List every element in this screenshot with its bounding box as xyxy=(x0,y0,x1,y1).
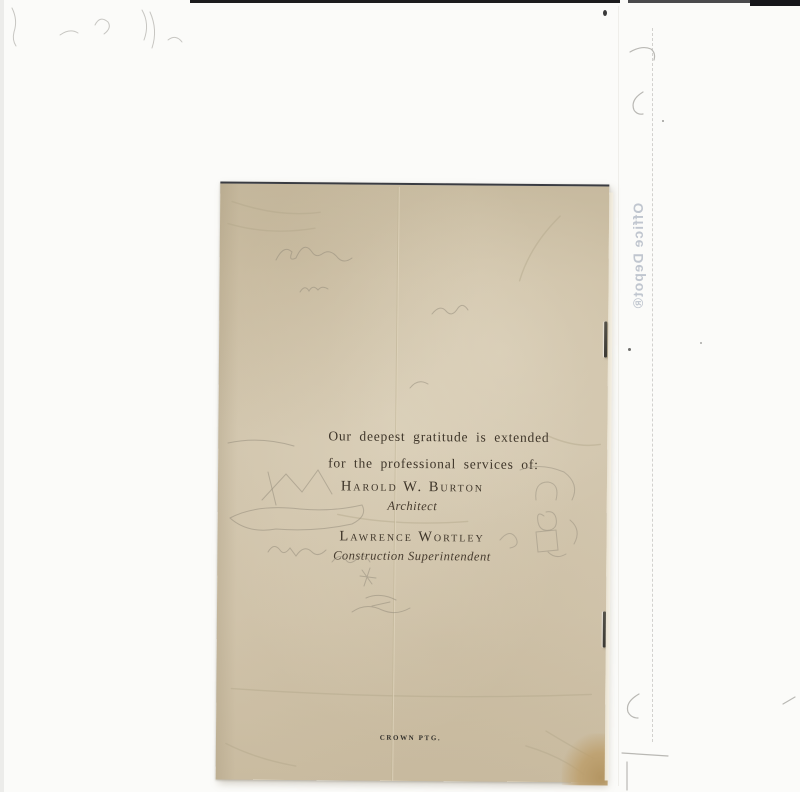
scanner-top-edge-strip xyxy=(190,0,620,3)
scan-speck xyxy=(628,348,631,351)
acknowledgment-line-1: Our deepest gratitude is extended xyxy=(328,422,549,451)
scan-speck xyxy=(662,120,664,122)
printer-credit: CROWN PTG. xyxy=(216,732,605,743)
credit-entry: Lawrence Wortley Construction Superinten… xyxy=(217,527,606,565)
credit-role: Construction Superintendent xyxy=(217,547,606,565)
scan-speck xyxy=(700,342,702,344)
staple xyxy=(604,322,607,358)
acknowledgment-line-2: for the professional services of: xyxy=(328,449,549,478)
credit-role: Architect xyxy=(218,497,607,515)
credit-name: Lawrence Wortley xyxy=(218,527,607,547)
staple xyxy=(603,612,606,648)
acknowledgment-text: Our deepest gratitude is extended for th… xyxy=(328,422,550,478)
booklet-page: Our deepest gratitude is extended for th… xyxy=(216,181,610,782)
scanned-page: Office Depot® xyxy=(0,0,800,792)
scan-speck xyxy=(603,10,607,16)
credit-name: Harold W. Burton xyxy=(218,477,607,497)
scanner-top-edge-strip xyxy=(628,0,750,3)
backing-sheet-perforation-line xyxy=(652,28,653,742)
credits-block: Harold W. Burton Architect Lawrence Wort… xyxy=(217,477,607,565)
backing-sheet-edge xyxy=(618,6,619,786)
credit-entry: Harold W. Burton Architect xyxy=(218,477,607,515)
backing-sheet-brand-text: Office Depot® xyxy=(629,186,647,326)
scanner-left-shading xyxy=(0,0,4,792)
scanner-corner-mark xyxy=(750,0,800,6)
